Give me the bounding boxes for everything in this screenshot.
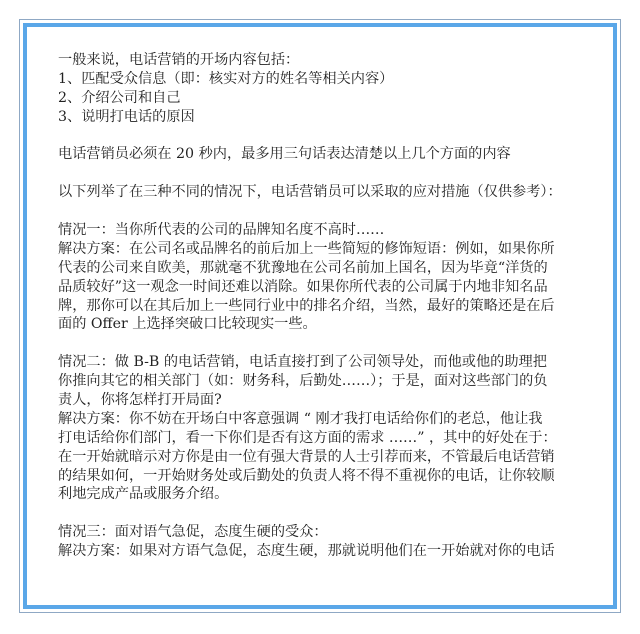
case-situation: 情况二：做 B-B 的电话营销，电话直接打到了公司领导处，而他或他的助理把 (58, 353, 588, 372)
blank-line (58, 334, 588, 353)
case-solution: 打电话给你们部门，看一下你们是否有这方面的需求 ……” ，其中的好处在于： (58, 429, 588, 448)
blank-line (58, 504, 588, 523)
document-body: 一般来说，电话营销的开场内容包括： 1、匹配受众信息（即：核实对方的姓名等相关内… (58, 51, 588, 561)
case-situation: 情况三：面对语气急促，态度生硬的受众： (58, 523, 588, 542)
case-solution: 解决方案：如果对方语气急促，态度生硬，那就说明他们在一开始就对你的电话 (58, 542, 588, 561)
case-solution: 利地完成产品或服务介绍。 (58, 485, 588, 504)
intro-section: 一般来说，电话营销的开场内容包括： 1、匹配受众信息（即：核实对方的姓名等相关内… (58, 51, 588, 127)
blank-line (58, 202, 588, 221)
case-solution: 的结果如何，一开始财务处或后勤处的负责人将不得不重视你的电话，让你较顺 (58, 467, 588, 486)
case-1: 情况一：当你所代表的公司的品牌知名度不高时…… 解决方案：在公司名或品牌名的前后… (58, 221, 588, 334)
document-frame: - · · 一般来说，电话营销的开场内容包括： 1、匹配受众信息（即：核实对方的… (23, 23, 617, 609)
clipped-top-text: - · · (58, 23, 81, 34)
case-solution: 面的 Offer 上选择突破口比较现实一些。 (58, 315, 588, 334)
case-solution: 牌，那你可以在其后加上一些同行业中的排名介绍，当然，最好的策略还是在后 (58, 297, 588, 316)
case-situation: 你推向其它的相关部门（如：财务科，后勤处……）；于是，面对这些部门的负 (58, 372, 588, 391)
case-solution: 代表的公司来自欧美，那就毫不犹豫地在公司名前加上国名，因为毕竟“洋货的 (58, 259, 588, 278)
case-2: 情况二：做 B-B 的电话营销，电话直接打到了公司领导处，而他或他的助理把 你推… (58, 353, 588, 504)
case-situation: 责人，你将怎样打开局面? (58, 391, 588, 410)
rule-paragraph: 电话营销员必须在 20 秒内，最多用三句话表达清楚以上几个方面的内容 (58, 145, 588, 164)
blank-line (58, 164, 588, 183)
blank-line (58, 127, 588, 146)
case-solution: 解决方案：在公司名或品牌名的前后加上一些简短的修饰短语：例如，如果你所 (58, 240, 588, 259)
lead-in-paragraph: 以下列举了在三种不同的情况下，电话营销员可以采取的应对措施（仅供参考）： (58, 183, 588, 202)
intro-heading: 一般来说，电话营销的开场内容包括： (58, 51, 588, 70)
intro-item: 2、介绍公司和自己 (58, 89, 588, 108)
case-3: 情况三：面对语气急促，态度生硬的受众： 解决方案：如果对方语气急促，态度生硬，那… (58, 523, 588, 561)
case-situation: 情况一：当你所代表的公司的品牌知名度不高时…… (58, 221, 588, 240)
intro-item: 1、匹配受众信息（即：核实对方的姓名等相关内容） (58, 70, 588, 89)
case-solution: 在一开始就暗示对方你是由一位有强大背景的人士引荐而来，不管最后电话营销 (58, 448, 588, 467)
intro-item: 3、说明打电话的原因 (58, 108, 588, 127)
case-solution: 解决方案：你不妨在开场白中客意强调 “ 刚才我打电话给你们的老总，他让我 (58, 410, 588, 429)
case-solution: 品质较好”这一观念一时间还难以消除。如果你所代表的公司属于内地非知名品 (58, 278, 588, 297)
